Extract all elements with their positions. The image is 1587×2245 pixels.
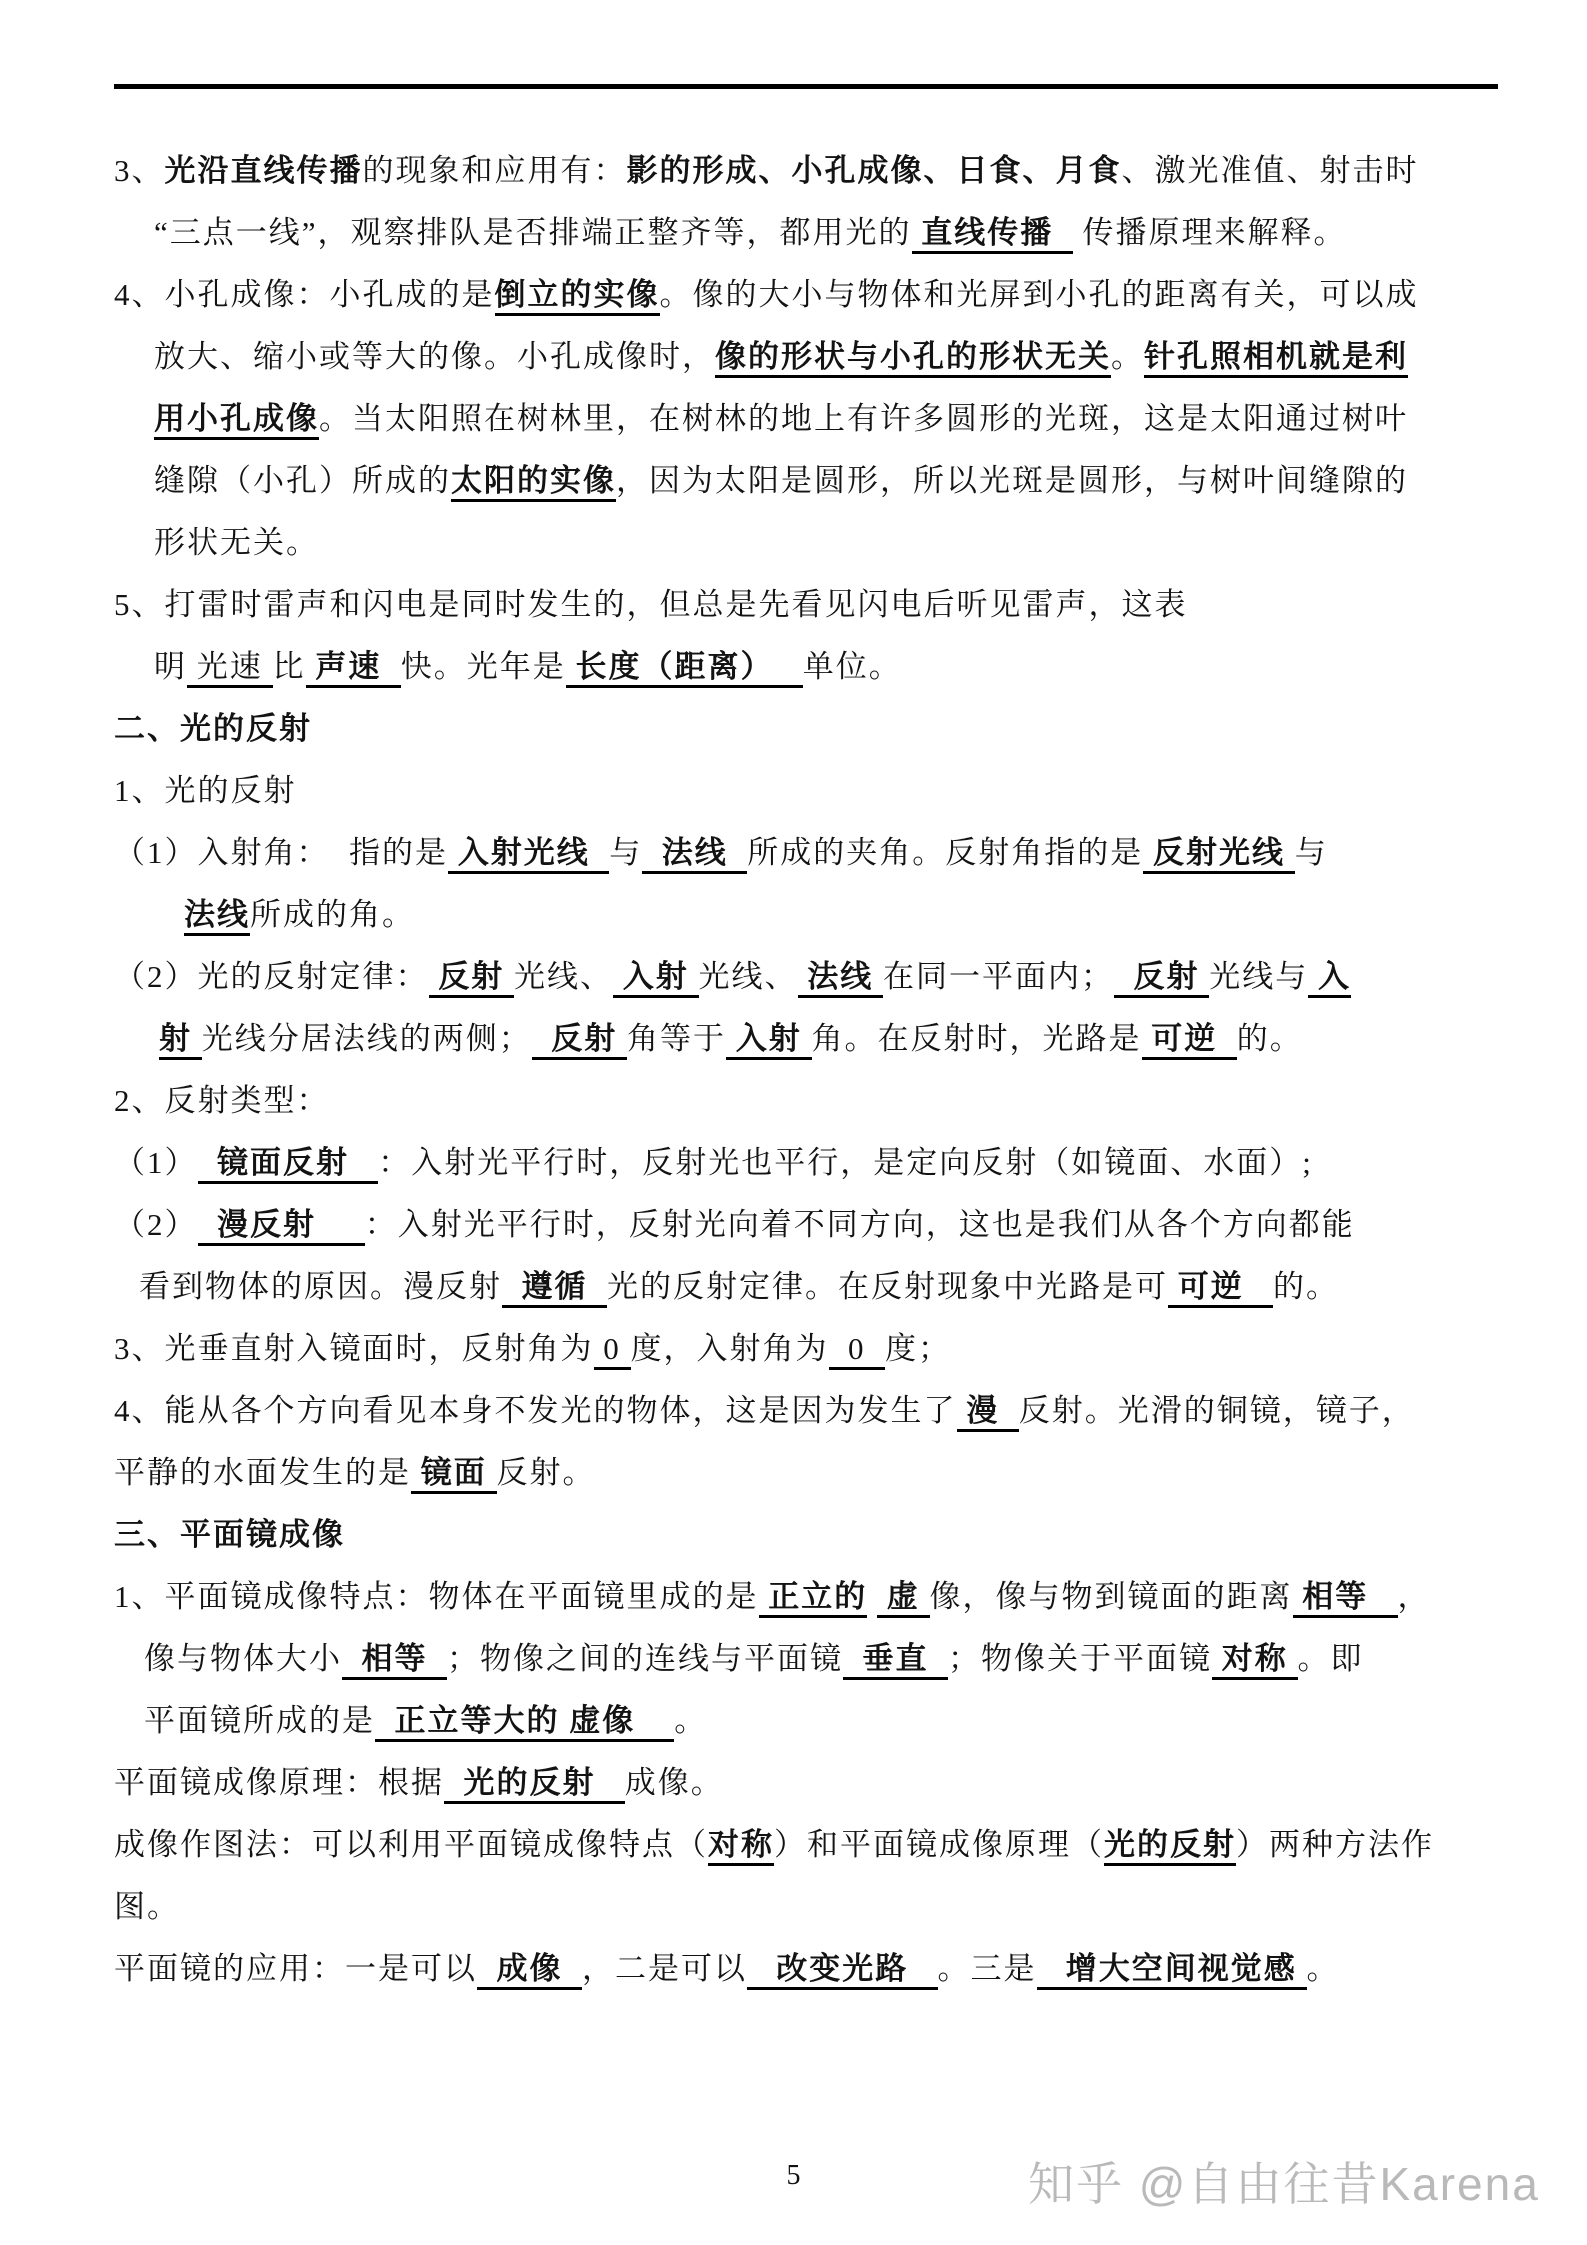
text-segment: 平面镜成像原理：根据 (114, 1765, 444, 1800)
blank-answer-segment: 像的形状与小孔的形状无关 (715, 339, 1111, 378)
blank-answer-segment: 对称 (708, 1827, 774, 1866)
text-line: （2） 漫反射 ：入射光平行时，反射光向着不同方向，这也是我们从各个方向都能 (114, 1194, 1554, 1256)
text-segment: 的。 (1273, 1269, 1339, 1304)
text-segment: 与 (609, 835, 642, 870)
blank-answer-segment: 倒立的实像 (495, 277, 660, 316)
blank-answer-segment: 光的反射 (1104, 1827, 1236, 1866)
text-segment: ，二是可以 (582, 1951, 747, 1986)
text-segment: 成像。 (625, 1765, 724, 1800)
text-segment: 光线、 (699, 959, 798, 994)
text-segment: ，因为太阳是圆形，所以光斑是圆形，与树叶间缝隙的 (616, 463, 1408, 498)
text-segment: ；物像关于平面镜 (948, 1641, 1212, 1676)
blank-answer-segment: 漫 (957, 1393, 1019, 1432)
text-line: 看到物体的原因。漫反射 遵循 光的反射定律。在反射现象中光路是可 可逆 的。 (114, 1256, 1554, 1318)
blank-answer-segment: 可逆 (1168, 1269, 1273, 1308)
text-segment: 所成的角。 (250, 897, 415, 932)
text-segment: 平静的水面发生的是 (114, 1455, 411, 1490)
text-segment: 图。 (114, 1889, 180, 1924)
text-line: 4、能从各个方向看见本身不发光的物体，这是因为发生了 漫 反射。光滑的铜镜，镜子… (114, 1380, 1554, 1442)
blank-answer-segment: 法线 (798, 959, 884, 998)
text-segment: 反射。光滑的铜镜，镜子， (1019, 1393, 1415, 1428)
text-segment: ：入射光平行时，反射光向着不同方向，这也是我们从各个方向都能 (365, 1207, 1355, 1242)
blank-answer-segment: 反射 (1114, 959, 1209, 998)
blank-answer-segment: 直线传播 (912, 215, 1073, 254)
blank-answer-segment: 垂直 (843, 1641, 948, 1680)
text-segment: 。三是 (938, 1951, 1037, 1986)
text-line: （1） 镜面反射 ：入射光平行时，反射光也平行，是定向反射（如镜面、水面）; (114, 1132, 1554, 1194)
blank-answer-segment: 增大空间视觉感 (1037, 1951, 1307, 1990)
text-line: 用小孔成像。当太阳照在树林里，在树林的地上有许多圆形的光斑，这是太阳通过树叶 (114, 388, 1554, 450)
blank-answer-segment: 声速 (306, 649, 401, 688)
blank-answer-segment: 针孔照相机就是利 (1144, 339, 1408, 378)
text-segment: 所成的夹角。反射角指的是 (747, 835, 1143, 870)
blank-answer-segment: 光的反射 (444, 1765, 625, 1804)
text-line: 4、小孔成像：小孔成的是倒立的实像。像的大小与物体和光屏到小孔的距离有关，可以成 (114, 264, 1554, 326)
blank-answer-segment: 改变光路 (747, 1951, 938, 1990)
blank-answer-segment: 法线 (642, 835, 747, 874)
blank-answer-segment: 入射 (726, 1021, 812, 1060)
text-segment: “三点一线”，观察排队是否排端正整齐等，都用光的 (154, 215, 912, 250)
blank-answer-segment: 入 (1308, 959, 1351, 998)
text-segment: 光的反射定律。在反射现象中光路是可 (607, 1269, 1168, 1304)
text-segment: ；物像之间的连线与平面镜 (447, 1641, 843, 1676)
text-segment: 明 (154, 649, 187, 684)
text-segment: 成像作图法：可以利用平面镜成像特点（ (114, 1827, 708, 1862)
text-segment: 光线分居法线的两侧； (202, 1021, 532, 1056)
text-line: 平面镜的应用：一是可以 成像 ，二是可以 改变光路 。三是 增大空间视觉感 。 (114, 1938, 1554, 2000)
text-segment: 2、反射类型： (114, 1083, 330, 1118)
text-segment: 。即 (1298, 1641, 1364, 1676)
text-segment: 4、能从各个方向看见本身不发光的物体，这是因为发生了 (114, 1393, 957, 1428)
text-segment: 形状无关。 (154, 525, 319, 560)
blank-answer-segment: 成像 (477, 1951, 582, 1990)
text-segment: 影的形成、小孔成像、日食、月食 (627, 153, 1122, 188)
text-line: 放大、缩小或等大的像。小孔成像时，像的形状与小孔的形状无关。针孔照相机就是利 (114, 326, 1554, 388)
document-page: 3、光沿直线传播的现象和应用有：影的形成、小孔成像、日食、月食、激光准值、射击时… (0, 0, 1587, 2245)
text-segment: 。像的大小与物体和光屏到小孔的距离有关，可以成 (660, 277, 1419, 312)
text-segment: ：入射光平行时，反射光也平行，是定向反射（如镜面、水面）; (378, 1145, 1313, 1180)
text-segment: 看到物体的原因。漫反射 (139, 1269, 502, 1304)
section-heading: 三、平面镜成像 (114, 1504, 1554, 1566)
text-line: 3、光垂直射入镜面时，反射角为 0 度，入射角为 0 度； (114, 1318, 1554, 1380)
text-segment: 3、光垂直射入镜面时，反射角为 (114, 1331, 594, 1366)
text-segment: 像，像与物到镜面的距离 (930, 1579, 1293, 1614)
text-line: 法线所成的角。 (114, 884, 1554, 946)
text-segment: 平面镜的应用：一是可以 (114, 1951, 477, 1986)
text-line: 明 光速 比 声速 快。光年是 长度（距离） 单位。 (114, 636, 1554, 698)
text-segment: 。 (674, 1703, 707, 1738)
text-line: “三点一线”，观察排队是否排端正整齐等，都用光的 直线传播 传播原理来解释。 (114, 202, 1554, 264)
blank-answer-segment: 镜面反射 (198, 1145, 379, 1184)
text-segment: ）两种方法作 (1236, 1827, 1434, 1862)
text-segment (867, 1579, 877, 1614)
blank-answer-segment: 太阳的实像 (451, 463, 616, 502)
text-segment: （2） (114, 1207, 198, 1242)
text-segment: （1）入射角： 指的是 (114, 835, 448, 870)
text-segment: 度； (885, 1331, 951, 1366)
text-segment: 。 (1111, 339, 1144, 374)
section-heading: 二、光的反射 (114, 698, 1554, 760)
blank-answer-segment: 0 (829, 1331, 886, 1370)
text-line: 缝隙（小孔）所成的太阳的实像，因为太阳是圆形，所以光斑是圆形，与树叶间缝隙的 (114, 450, 1554, 512)
text-segment: 像与物体大小 (144, 1641, 342, 1676)
text-segment: 平面镜所成的是 (144, 1703, 375, 1738)
text-segment: 角。在反射时，光路是 (812, 1021, 1142, 1056)
text-line: 射 光线分居法线的两侧； 反射 角等于 入射 角。在反射时，光路是 可逆 的。 (114, 1008, 1554, 1070)
text-line: 5、打雷时雷声和闪电是同时发生的，但总是先看见闪电后听见雷声，这表 (114, 574, 1554, 636)
text-line: 2、反射类型： (114, 1070, 1554, 1132)
text-segment: ）和平面镜成像原理（ (774, 1827, 1104, 1862)
blank-answer-segment: 光速 (187, 649, 273, 688)
blank-answer-segment: 相等 (1293, 1579, 1398, 1618)
blank-answer-segment: 入射 (613, 959, 699, 998)
text-segment: 1、光的反射 (114, 773, 297, 808)
text-segment: 比 (273, 649, 306, 684)
blank-answer-segment: 漫反射 (198, 1207, 365, 1246)
text-segment: 快。光年是 (401, 649, 566, 684)
text-line: 3、光沿直线传播的现象和应用有：影的形成、小孔成像、日食、月食、激光准值、射击时 (114, 140, 1554, 202)
blank-answer-segment: 射 (159, 1021, 202, 1060)
text-line: 形状无关。 (114, 512, 1554, 574)
blank-answer-segment: 0 (594, 1331, 631, 1370)
text-segment: 5、打雷时雷声和闪电是同时发生的，但总是先看见闪电后听见雷声，这表 (114, 587, 1188, 622)
text-segment: 光线与 (1209, 959, 1308, 994)
text-segment: 反射。 (497, 1455, 596, 1490)
blank-answer-segment: 入射光线 (448, 835, 609, 874)
text-segment: 与 (1295, 835, 1328, 870)
text-segment: 单位。 (803, 649, 902, 684)
text-line: （1）入射角： 指的是 入射光线 与 法线 所成的夹角。反射角指的是 反射光线 … (114, 822, 1554, 884)
blank-answer-segment: 遵循 (502, 1269, 607, 1308)
text-line: 平面镜成像原理：根据 光的反射 成像。 (114, 1752, 1554, 1814)
text-line: 1、光的反射 (114, 760, 1554, 822)
blank-answer-segment: 对称 (1212, 1641, 1298, 1680)
text-segment: 。 (1307, 1951, 1340, 1986)
text-segment: 。当太阳照在树林里，在树林的地上有许多圆形的光斑，这是太阳通过树叶 (319, 401, 1408, 436)
text-segment: （2）光的反射定律： (114, 959, 429, 994)
blank-answer-segment: 相等 (342, 1641, 447, 1680)
blank-answer-segment: 法线 (184, 897, 250, 936)
blank-answer-segment: 长度（距离） (566, 649, 803, 688)
blank-answer-segment: 可逆 (1142, 1021, 1237, 1060)
blank-answer-segment: 正立等大的 虚像 (375, 1703, 674, 1742)
text-segment: 缝隙（小孔）所成的 (154, 463, 451, 498)
text-segment: 传播原理来解释。 (1073, 215, 1347, 250)
text-segment: 的现象和应用有： (363, 153, 627, 188)
text-segment: 的。 (1237, 1021, 1303, 1056)
text-segment: 1、平面镜成像特点：物体在平面镜里成的是 (114, 1579, 759, 1614)
text-line: 1、平面镜成像特点：物体在平面镜里成的是 正立的 虚 像，像与物到镜面的距离 相… (114, 1566, 1554, 1628)
text-line: 平面镜所成的是 正立等大的 虚像 。 (114, 1690, 1554, 1752)
document-body: 3、光沿直线传播的现象和应用有：影的形成、小孔成像、日食、月食、激光准值、射击时… (114, 140, 1554, 2000)
text-line: 成像作图法：可以利用平面镜成像特点（对称）和平面镜成像原理（光的反射）两种方法作 (114, 1814, 1554, 1876)
zhihu-watermark: 知乎 @自由往昔Karena (1028, 2148, 1540, 2214)
text-line: （2）光的反射定律： 反射 光线、 入射 光线、 法线 在同一平面内； 反射 光… (114, 946, 1554, 1008)
blank-answer-segment: 镜面 (411, 1455, 497, 1494)
text-segment: 光线、 (514, 959, 613, 994)
text-segment: 三、平面镜成像 (114, 1517, 345, 1552)
text-segment: 度，入射角为 (631, 1331, 829, 1366)
text-line: 像与物体大小 相等 ；物像之间的连线与平面镜 垂直 ；物像关于平面镜 对称 。即 (114, 1628, 1554, 1690)
text-segment: ， (1398, 1579, 1431, 1614)
text-segment: 在同一平面内； (883, 959, 1114, 994)
text-segment: 、激光准值、射击时 (1122, 153, 1419, 188)
text-segment: 光沿直线传播 (165, 153, 363, 188)
text-line: 平静的水面发生的是 镜面 反射。 (114, 1442, 1554, 1504)
text-segment: 放大、缩小或等大的像。小孔成像时， (154, 339, 715, 374)
blank-answer-segment: 反射 (532, 1021, 627, 1060)
text-segment: 3、 (114, 153, 165, 188)
text-segment: 4、小孔成像：小孔成的是 (114, 277, 495, 312)
text-segment: 二、光的反射 (114, 711, 312, 746)
blank-answer-segment: 用小孔成像 (154, 401, 319, 440)
blank-answer-segment: 正立的 (759, 1579, 868, 1618)
blank-answer-segment: 反射光线 (1143, 835, 1295, 874)
header-rule (114, 84, 1498, 89)
text-segment: 角等于 (627, 1021, 726, 1056)
text-line: 图。 (114, 1876, 1554, 1938)
blank-answer-segment: 反射 (429, 959, 515, 998)
text-segment: （1） (114, 1145, 198, 1180)
blank-answer-segment: 虚 (877, 1579, 930, 1618)
